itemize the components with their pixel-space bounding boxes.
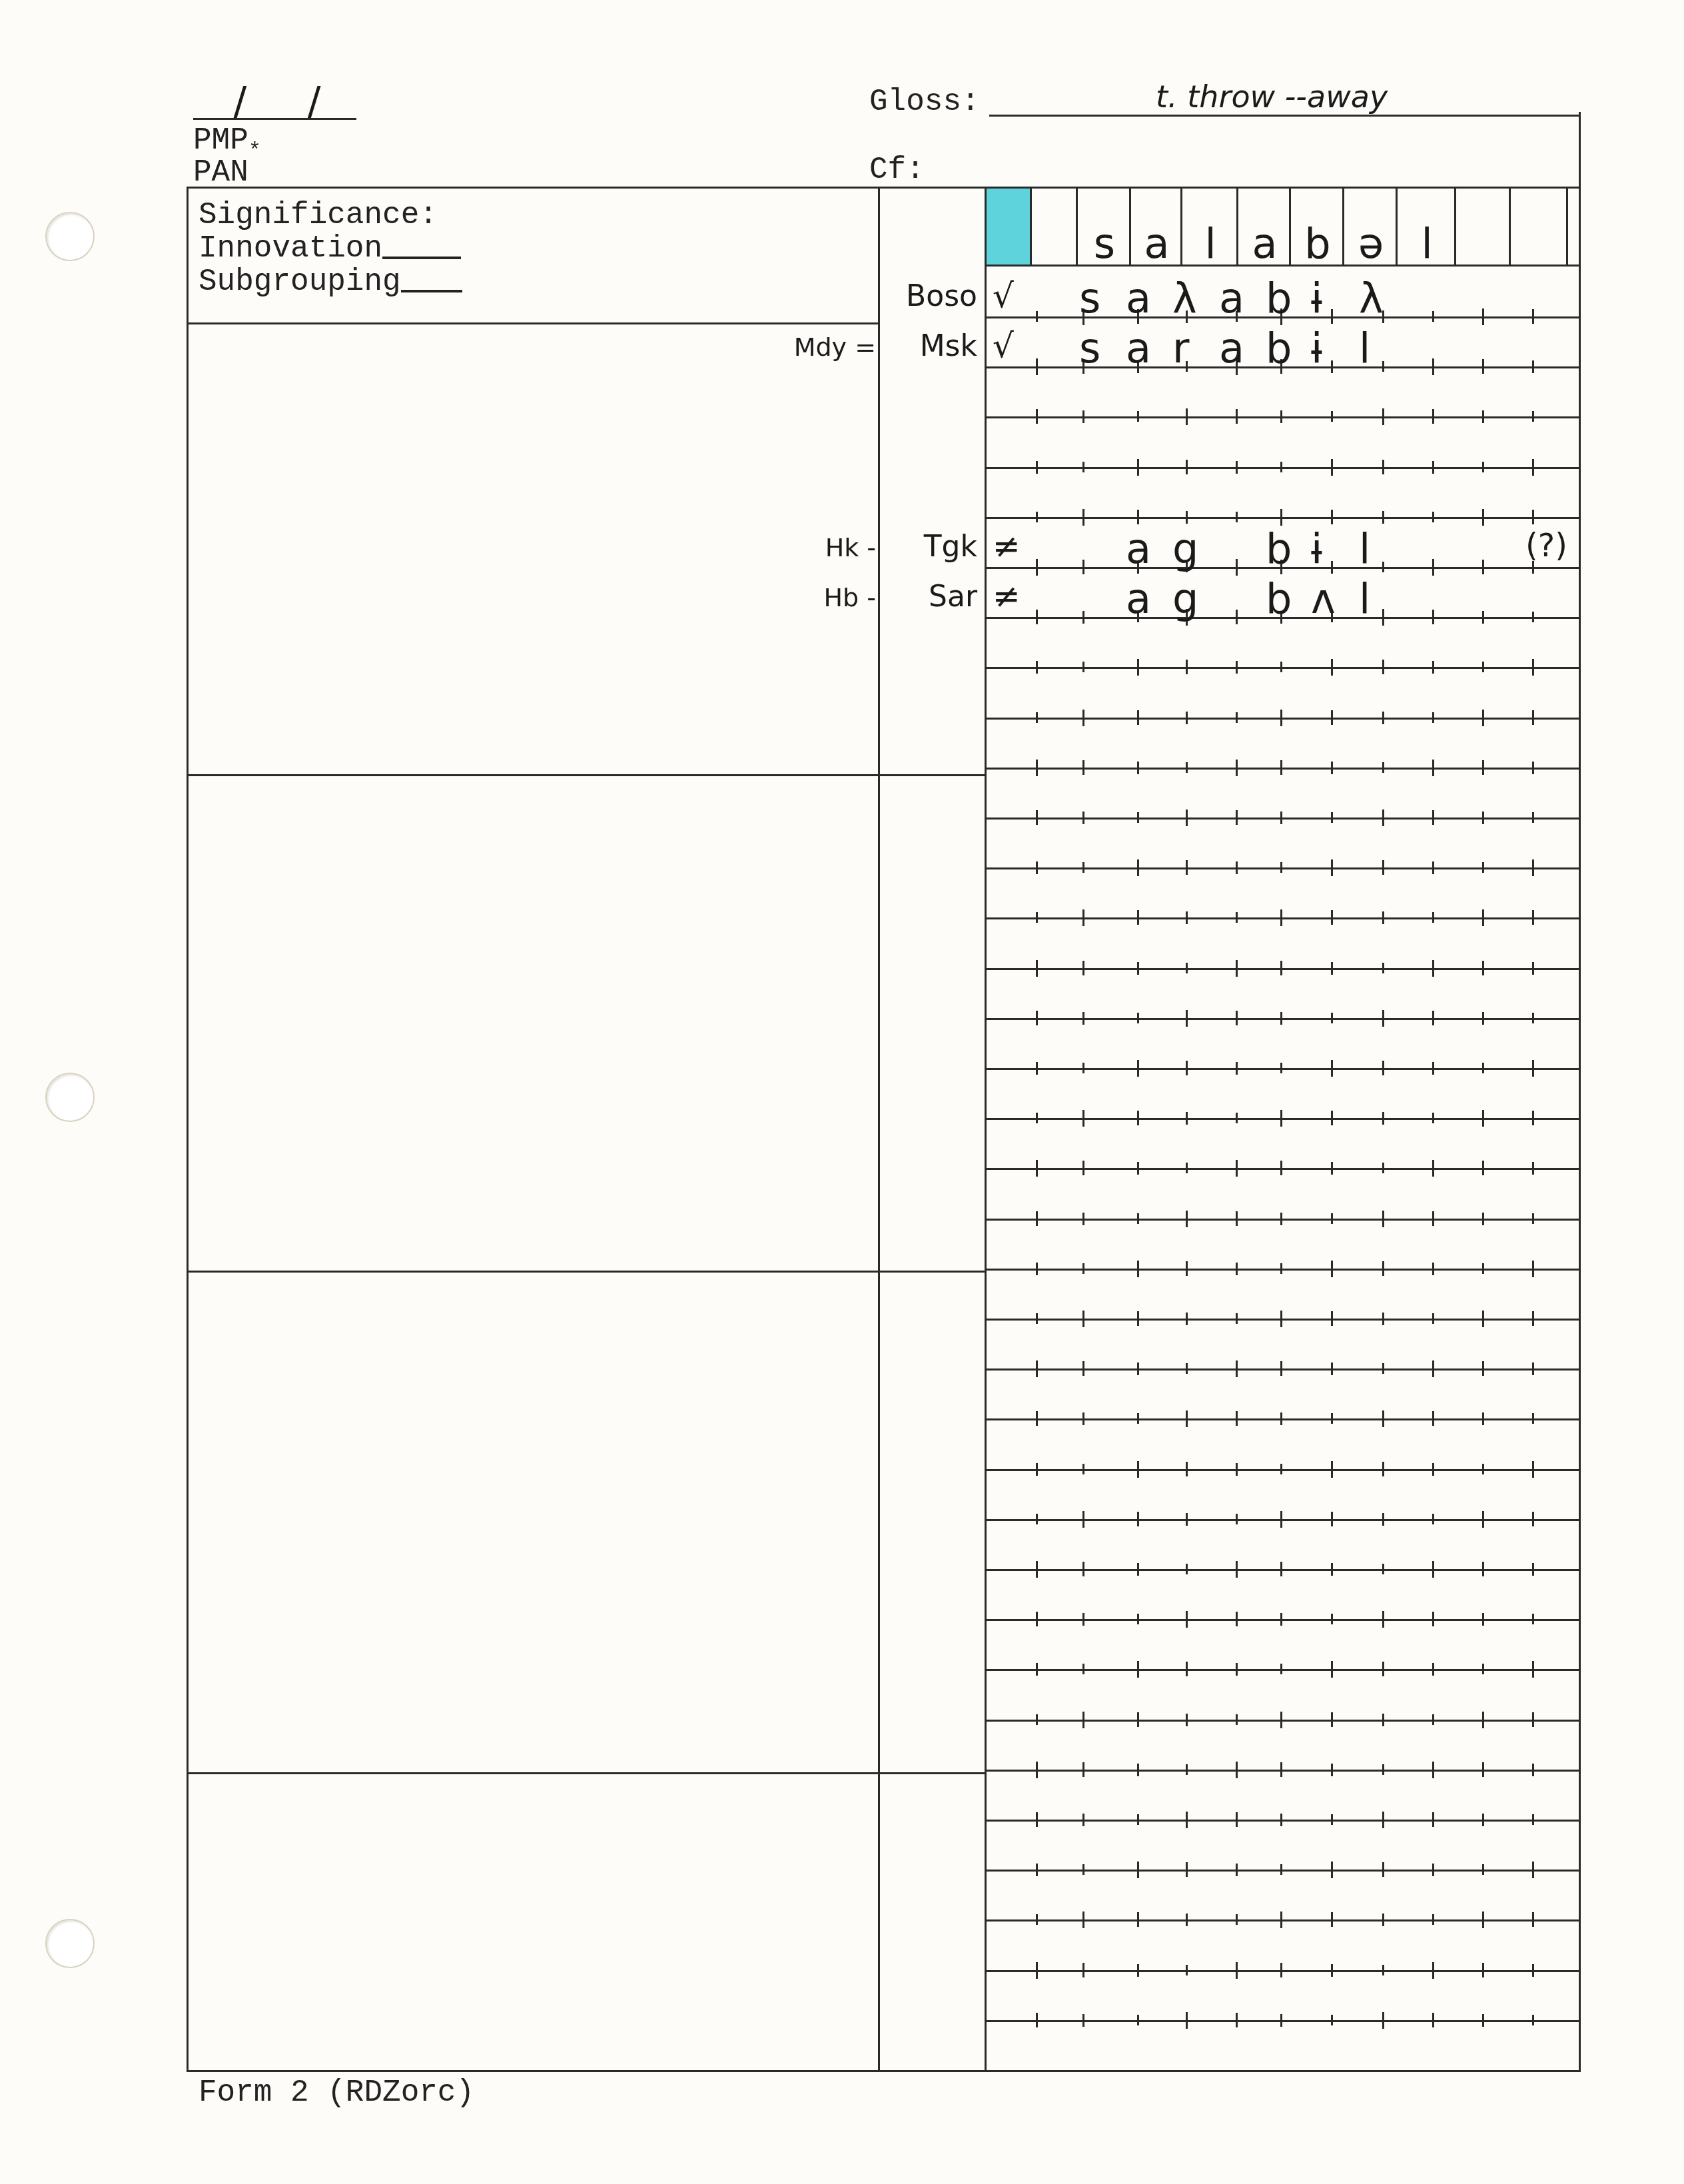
entry-segment: l xyxy=(1359,528,1370,570)
ruled-line xyxy=(986,1519,1579,1521)
ruled-line xyxy=(986,818,1579,819)
ruled-line xyxy=(986,517,1579,519)
entry-prefix: Hk - xyxy=(786,535,876,560)
ruled-line xyxy=(986,416,1579,418)
punch-hole xyxy=(45,1073,95,1122)
ruled-line xyxy=(986,1919,1579,1921)
divider-grid-column xyxy=(985,187,987,2072)
ruled-line xyxy=(986,1269,1579,1271)
ruled-line xyxy=(986,1068,1579,1070)
entry-segment: ɨ xyxy=(1311,278,1322,319)
reconstruction-segment: s xyxy=(1081,223,1128,265)
ruled-line xyxy=(986,968,1579,970)
ruled-line xyxy=(986,917,1579,919)
ruled-line xyxy=(986,1569,1579,1571)
entry-language: Msk xyxy=(889,332,977,361)
reconstruction-row: salabəl xyxy=(985,187,1581,267)
entry-segment: a xyxy=(1126,278,1151,319)
entry-segment: s xyxy=(1079,278,1100,319)
reconstruction-segment: ə xyxy=(1348,223,1394,265)
ruled-line xyxy=(986,1018,1579,1020)
ruled-line xyxy=(986,1820,1579,1822)
ruled-line xyxy=(986,1168,1579,1170)
reconstruction-segment: a xyxy=(1242,223,1288,265)
form-label: Form 2 (RDZorc) xyxy=(199,2077,474,2108)
notes-section-divider xyxy=(187,1271,986,1273)
ruled-line xyxy=(986,1219,1579,1221)
ruled-line xyxy=(986,1619,1579,1621)
not-equal-icon: ≠ xyxy=(993,530,1021,563)
reconstruction-segment: l xyxy=(1186,223,1235,265)
ruled-line xyxy=(986,1870,1579,1872)
entry-language: Sar xyxy=(889,582,977,612)
entry-segment: g xyxy=(1172,528,1198,570)
reconstruction-segment: a xyxy=(1134,223,1179,265)
notes-section-divider xyxy=(187,774,986,776)
subgrouping-field[interactable]: Subgrouping xyxy=(199,267,462,297)
reconstruction-segment: b xyxy=(1294,223,1341,265)
punch-hole xyxy=(45,1919,95,1968)
pan-label: PAN xyxy=(193,157,248,188)
entry-language: Tgk xyxy=(889,532,977,562)
ruled-line xyxy=(986,768,1579,770)
check-mark-icon: √ xyxy=(993,329,1014,362)
entry-prefix: Hb - xyxy=(786,585,876,610)
innovation-field[interactable]: Innovation xyxy=(199,233,462,264)
entry-segment: s xyxy=(1079,328,1100,369)
ruled-line xyxy=(986,667,1579,669)
entry-segment: ʌ xyxy=(1311,578,1336,620)
entry-segment: a xyxy=(1219,328,1244,369)
ruled-line xyxy=(986,1669,1579,1671)
ruled-line xyxy=(986,867,1579,869)
entry-segment: ɨ xyxy=(1311,328,1322,369)
entry-segment: l xyxy=(1359,328,1370,369)
frame-left xyxy=(187,187,189,2072)
entry-segment: ɨ xyxy=(1311,528,1322,570)
cf-label: Cf: xyxy=(869,155,925,185)
ruled-line xyxy=(986,1118,1579,1120)
ruled-line xyxy=(986,1770,1579,1772)
gloss-value: t. throw --away xyxy=(1156,79,1388,115)
entry-segment: λ xyxy=(1359,278,1384,319)
date-field[interactable]: / / xyxy=(193,79,356,120)
entry-segment: a xyxy=(1126,528,1151,570)
not-equal-icon: ≠ xyxy=(993,580,1021,613)
entry-segment: r xyxy=(1172,328,1190,369)
significance-divider xyxy=(187,322,879,324)
reconstruction-segment: l xyxy=(1401,223,1453,265)
notes-section-divider xyxy=(187,1772,986,1774)
entry-segment: a xyxy=(1126,328,1151,369)
gloss-label: Gloss: xyxy=(869,87,980,117)
ruled-line xyxy=(986,1368,1579,1370)
ruled-line xyxy=(986,1469,1579,1471)
ruled-line xyxy=(986,1418,1579,1420)
ruled-line xyxy=(986,1720,1579,1722)
ruled-line xyxy=(986,467,1579,469)
entry-prefix: Mdy = xyxy=(786,334,876,360)
highlight-marker xyxy=(987,189,1032,265)
frame-bottom xyxy=(187,2070,1581,2072)
ruled-line xyxy=(986,1319,1579,1321)
entry-segment: b xyxy=(1266,278,1292,319)
gloss-field[interactable]: t. throw --away xyxy=(989,79,1582,120)
punch-hole xyxy=(45,212,95,261)
entry-segment: b xyxy=(1266,328,1292,369)
significance-title: Significance: xyxy=(199,200,462,231)
entry-segment: l xyxy=(1359,578,1370,620)
entry-segment: b xyxy=(1266,578,1292,620)
entry-segment: a xyxy=(1219,278,1244,319)
entry-segment: g xyxy=(1172,578,1198,620)
entry-note: (?) xyxy=(1525,530,1567,562)
entry-segment: a xyxy=(1126,578,1151,620)
check-mark-icon: √ xyxy=(993,279,1014,312)
ruled-line xyxy=(986,718,1579,720)
entry-segment: b xyxy=(1266,528,1292,570)
entry-segment: λ xyxy=(1172,278,1197,319)
ruled-line xyxy=(986,1970,1579,1972)
significance-box: Significance: Innovation Subgrouping xyxy=(199,200,462,297)
entry-language: Boso xyxy=(889,282,977,311)
divider-language-column xyxy=(878,187,880,2072)
ruled-line xyxy=(986,2020,1579,2022)
